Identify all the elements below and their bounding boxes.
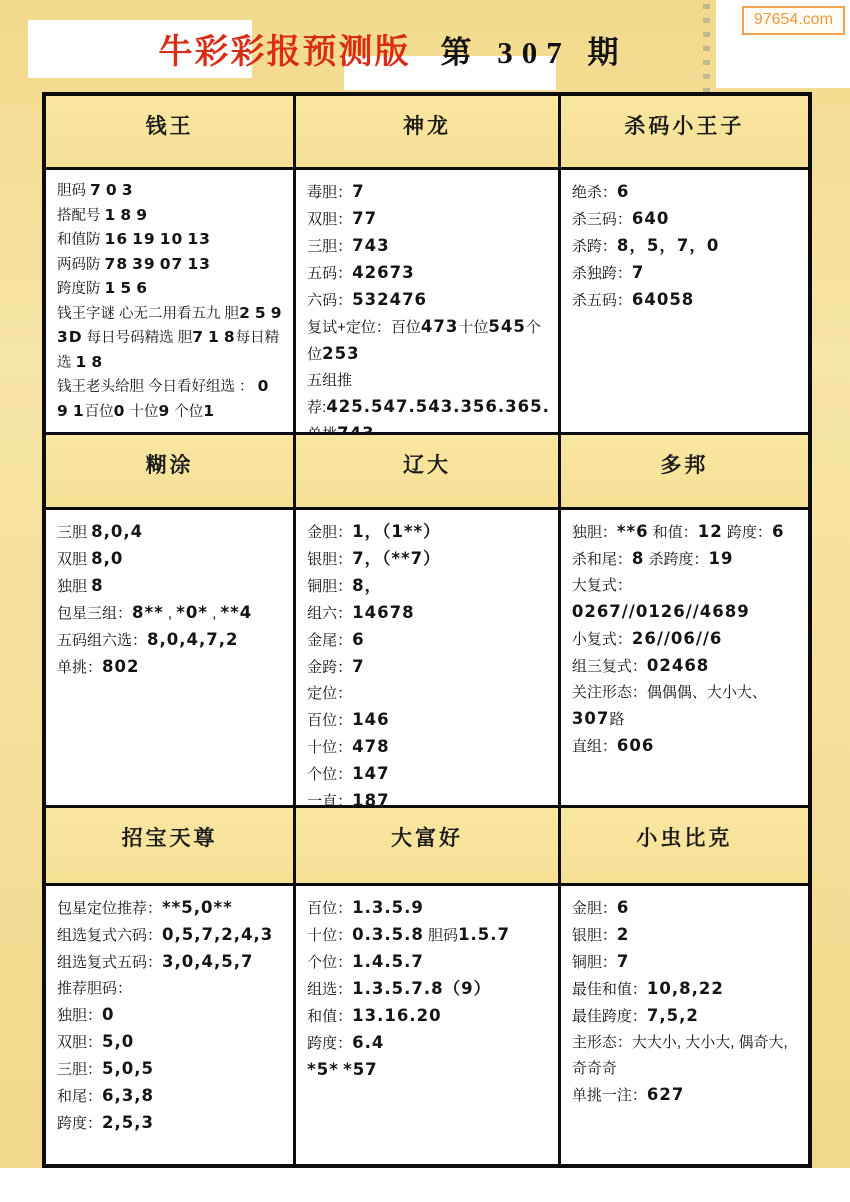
panel-header-hutu: 糊涂 [46, 435, 293, 507]
prediction-line: 双胆：77 [307, 206, 550, 233]
panel-body-dafuhao: 百位：1.3.5.9十位：0.3.5.8 胆码1.5.7个位：1.4.5.7组选… [296, 886, 558, 1164]
panel-header-zhaobao-tianzun: 招宝天尊 [46, 808, 293, 883]
prediction-line: 钱王字谜 心无二用看五九 胆2 5 9 [57, 302, 285, 327]
prediction-line: 包星三组：8** , *0* , **4 [57, 600, 285, 627]
prediction-line: 毒胆：7 [307, 179, 550, 206]
prediction-line: 组选：1.3.5.7.8（9） [307, 976, 550, 1003]
panel-header-shama-xiaowangzi: 杀码小王子 [561, 96, 808, 167]
prediction-line: 杀独跨：7 [572, 260, 800, 287]
prediction-line: 和值防 16 19 10 13 [57, 228, 285, 253]
panel-header-dafuhao: 大富好 [296, 808, 558, 883]
prediction-line: 绝杀：6 [572, 179, 800, 206]
prediction-line: 五码组六选：8,0,4,7,2 [57, 627, 285, 654]
panel-body-zhaobao-tianzun: 包星定位推荐：**5,0**组选复式六码：0,5,7,2,4,3组选复式五码：3… [46, 886, 293, 1164]
panel-body-hutu: 三胆 8,0,4双胆 8,0独胆 8包星三组：8** , *0* , **4五码… [46, 510, 293, 805]
prediction-line: 单挑一注：627 [572, 1082, 800, 1109]
masthead: 牛彩彩报预测版 第 307 期 [0, 24, 716, 74]
prediction-line: 个位：147 [307, 761, 550, 788]
prediction-line: 和尾：6,3,8 [57, 1083, 285, 1110]
prediction-line: 杀跨：8，5，7，0 [572, 233, 800, 260]
prediction-line: 五码：42673 [307, 260, 550, 287]
issue-number: 第 307 期 [441, 27, 628, 72]
prediction-line: 大复式：0267//0126//4689 [572, 573, 800, 626]
prediction-line: 直组：606 [572, 733, 800, 760]
prediction-line: 搭配号 1 8 9 [57, 204, 285, 229]
prediction-line: 组三复式：02468 [572, 653, 800, 680]
panel-body-liaoda: 金胆：1，（1**）银胆：7，（**7）铜胆：8，组六：14678金尾：6金跨：… [296, 510, 558, 805]
prediction-line: 跨度：2,5,3 [57, 1110, 285, 1137]
prediction-grid: 钱王 神龙 杀码小王子 胆码 7 0 3搭配号 1 8 9和值防 16 19 1… [42, 92, 812, 1168]
prediction-line: 六码：532476 [307, 287, 550, 314]
prediction-line: 金胆：6 [572, 895, 800, 922]
prediction-line: 个位：1.4.5.7 [307, 949, 550, 976]
prediction-line: 钱王老头给胆 今日看好组选 ： 0 9 1百位0 十位9 个位1 [57, 375, 285, 424]
prediction-line: 独胆：0 [57, 1002, 285, 1029]
panel-body-shenlong: 毒胆：7双胆：77三胆：743五码：42673六码：532476复试+定位：百位… [296, 170, 558, 432]
prediction-line: 百位：1.3.5.9 [307, 895, 550, 922]
prediction-line: 主形态：大大小, 大小大, 偶奇大, 奇奇奇 [572, 1030, 800, 1082]
prediction-line: 复试+定位：百位473十位545个位253 [307, 314, 550, 368]
prediction-line: 三胆：743 [307, 233, 550, 260]
prediction-line: 金尾：6 [307, 627, 550, 654]
lottery-prediction-sheet: 牛彩彩报预测版 第 307 期 97654.com 钱王 神龙 杀码小王子 胆码… [0, 0, 850, 1202]
panel-body-duobang: 独胆：**6 和值：12 跨度：6 杀和尾：8 杀跨度：19大复式：0267//… [561, 510, 808, 805]
panel-header-duobang: 多邦 [561, 435, 808, 507]
prediction-line: 组选复式六码：0,5,7,2,4,3 [57, 922, 285, 949]
prediction-line: 三胆：5,0,5 [57, 1056, 285, 1083]
watermark-badge: 97654.com [742, 6, 845, 35]
panel-header-qianwang: 钱王 [46, 96, 293, 167]
prediction-line: 最佳和值：10,8,22 [572, 976, 800, 1003]
prediction-line: 百位：146 [307, 707, 550, 734]
prediction-line: 和值：13.16.20 [307, 1003, 550, 1030]
prediction-line: 独胆：**6 和值：12 跨度：6 杀和尾：8 杀跨度：19 [572, 519, 800, 573]
prediction-line: 推荐胆码： [57, 976, 285, 1002]
prediction-line: 组选复式五码：3,0,4,5,7 [57, 949, 285, 976]
prediction-line: 杀三码：640 [572, 206, 800, 233]
prediction-line: 十位：478 [307, 734, 550, 761]
prediction-line: 单挑：802 [57, 654, 285, 681]
prediction-line: 十位：0.3.5.8 胆码1.5.7 [307, 922, 550, 949]
prediction-line: 三胆 8,0,4 [57, 519, 285, 546]
prediction-line: 跨度防 1 5 6 [57, 277, 285, 302]
panel-header-shenlong: 神龙 [296, 96, 558, 167]
prediction-line: 最佳跨度：7,5,2 [572, 1003, 800, 1030]
prediction-line: 关注形态：偶偶偶、大小大、307路 [572, 680, 800, 733]
prediction-line: 3D 每日号码精选 胆7 1 8每日精选 1 8 [57, 326, 285, 375]
panel-header-xiaochong-bike: 小虫比克 [561, 808, 808, 883]
prediction-line: 金胆：1，（1**） [307, 519, 550, 546]
prediction-line: 小复式：26//06//6 [572, 626, 800, 653]
prediction-line: 铜胆：7 [572, 949, 800, 976]
prediction-line: *5* *57 [307, 1057, 550, 1084]
prediction-line: 五组推荐:425.547.543.356.365. [307, 368, 550, 421]
panel-body-qianwang: 胆码 7 0 3搭配号 1 8 9和值防 16 19 10 13两码防 78 3… [46, 170, 293, 432]
prediction-line: 杀五码：64058 [572, 287, 800, 314]
prediction-line: 独胆 8 [57, 573, 285, 600]
prediction-line: 两码防 78 39 07 13 [57, 253, 285, 278]
prediction-line: 银胆：7，（**7） [307, 546, 550, 573]
prediction-line: 定位： [307, 681, 550, 707]
prediction-line: 铜胆：8， [307, 573, 550, 600]
prediction-line: 包星定位推荐：**5,0** [57, 895, 285, 922]
prediction-line: 跨度：6.4 [307, 1030, 550, 1057]
prediction-line: 组六：14678 [307, 600, 550, 627]
panel-header-liaoda: 辽大 [296, 435, 558, 507]
prediction-line: 双胆：5,0 [57, 1029, 285, 1056]
prediction-line: 金跨：7 [307, 654, 550, 681]
prediction-line: 银胆：2 [572, 922, 800, 949]
prediction-line: 胆码 7 0 3 [57, 179, 285, 204]
panel-body-shama-xiaowangzi: 绝杀：6杀三码：640杀跨：8，5，7，0杀独跨：7杀五码：64058 [561, 170, 808, 432]
prediction-line: 双胆 8,0 [57, 546, 285, 573]
panel-body-xiaochong-bike: 金胆：6银胆：2铜胆：7最佳和值：10,8,22最佳跨度：7,5,2主形态：大大… [561, 886, 808, 1164]
page-title: 牛彩彩报预测版 [159, 24, 411, 73]
